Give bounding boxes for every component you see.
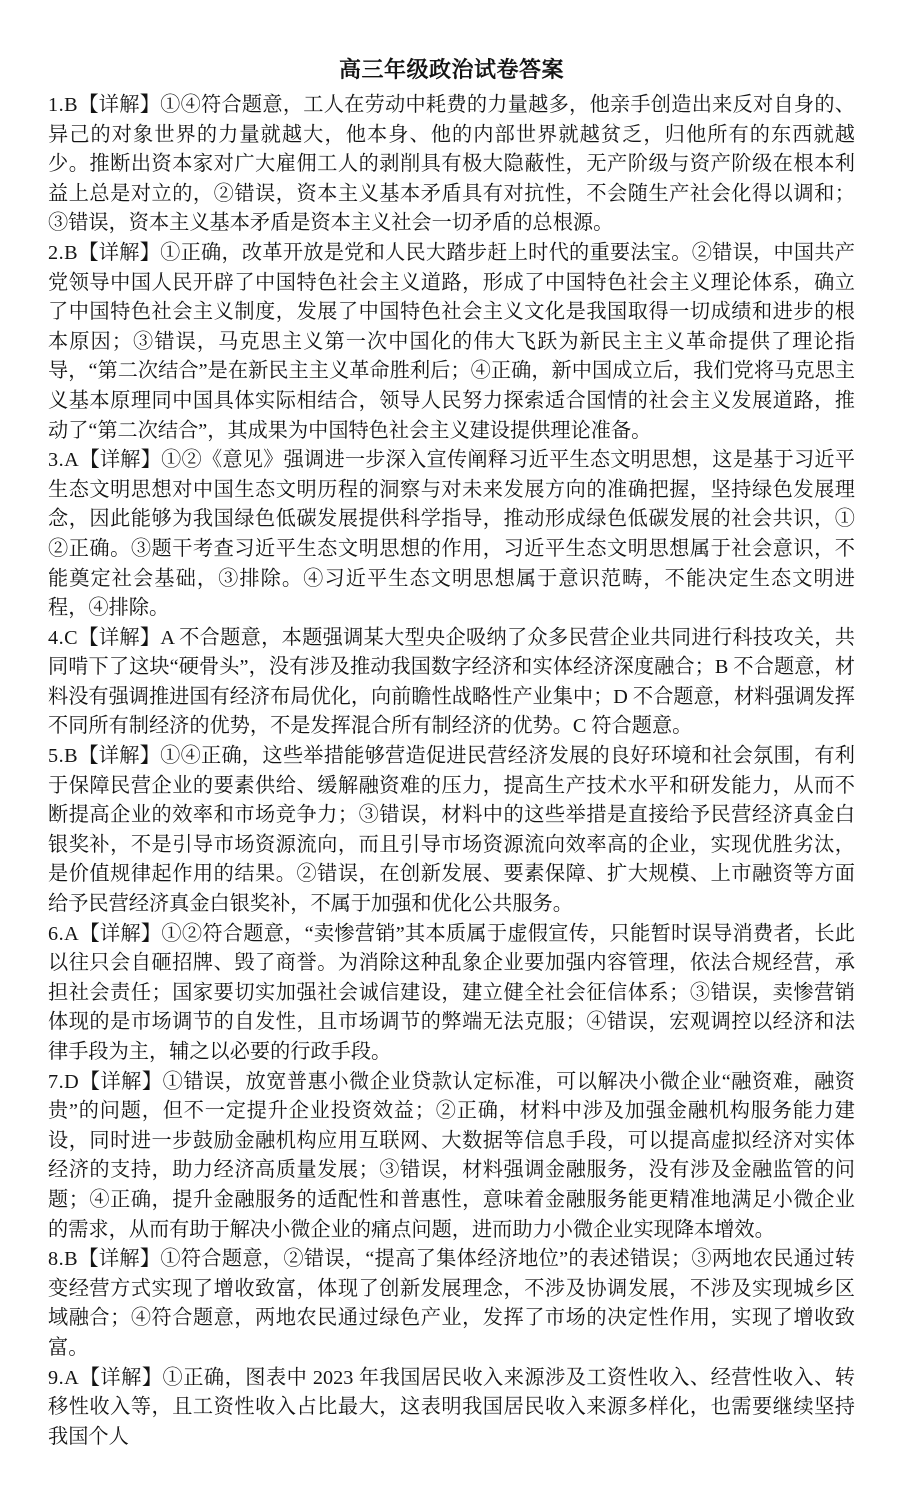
- detail-tag: 【详解】: [79, 449, 161, 471]
- page-title: 高三年级政治试卷答案: [48, 54, 855, 86]
- detail-tag: 【详解】: [79, 1071, 162, 1093]
- answer-paragraph: 3.A【详解】①②《意见》强调进一步深入宣传阐释习近平生态文明思想，这是基于习近…: [48, 446, 855, 624]
- explanation-text: A 不合题意，本题强调某大型央企吸纳了众多民营企业共同进行科技攻关，共同啃下了这…: [48, 627, 855, 738]
- question-number-and-choice: 4.C: [48, 627, 78, 649]
- explanation-text: ①符合题意，②错误，“提高了集体经济地位”的表述错误；③两地农民通过转变经营方式…: [48, 1248, 855, 1359]
- answer-paragraph: 6.A【详解】①②符合题意，“卖惨营销”其本质属于虚假宣传，只能暂时误导消费者，…: [48, 920, 855, 1068]
- answers-list: 1.B【详解】①④符合题意，工人在劳动中耗费的力量越多，他亲手创造出来反对自身的…: [48, 91, 855, 1452]
- answer-paragraph: 4.C【详解】A 不合题意，本题强调某大型央企吸纳了众多民营企业共同进行科技攻关…: [48, 624, 855, 742]
- explanation-text: ①④正确，这些举措能够营造促进民营经济发展的良好环境和社会氛围，有利于保障民营企…: [48, 745, 855, 915]
- question-number-and-choice: 7.D: [48, 1071, 79, 1093]
- explanation-text: ①错误，放宽普惠小微企业贷款认定标准，可以解决小微企业“融资难，融资贵”的问题，…: [48, 1071, 855, 1241]
- question-number-and-choice: 5.B: [48, 745, 78, 767]
- answer-paragraph: 7.D【详解】①错误，放宽普惠小微企业贷款认定标准，可以解决小微企业“融资难，融…: [48, 1068, 855, 1246]
- question-number-and-choice: 8.B: [48, 1248, 78, 1270]
- explanation-text: ①正确，改革开放是党和人民大踏步赶上时代的重要法宝。②错误，中国共产党领导中国人…: [48, 242, 855, 442]
- detail-tag: 【详解】: [78, 745, 160, 767]
- exam-answer-sheet-page: 高三年级政治试卷答案 1.B【详解】①④符合题意，工人在劳动中耗费的力量越多，他…: [0, 0, 900, 1486]
- question-number-and-choice: 3.A: [48, 449, 79, 471]
- detail-tag: 【详解】: [78, 627, 160, 649]
- detail-tag: 【详解】: [79, 1367, 162, 1389]
- explanation-text: ①正确，图表中 2023 年我国居民收入来源涉及工资性收入、经营性收入、转移性收…: [48, 1367, 855, 1448]
- answer-paragraph: 8.B【详解】①符合题意，②错误，“提高了集体经济地位”的表述错误；③两地农民通…: [48, 1245, 855, 1363]
- question-number-and-choice: 9.A: [48, 1367, 79, 1389]
- explanation-text: ①②符合题意，“卖惨营销”其本质属于虚假宣传，只能暂时误导消费者，长此以往只会自…: [48, 923, 855, 1063]
- detail-tag: 【详解】: [78, 242, 160, 264]
- question-number-and-choice: 2.B: [48, 242, 78, 264]
- answer-paragraph: 5.B【详解】①④正确，这些举措能够营造促进民营经济发展的良好环境和社会氛围，有…: [48, 742, 855, 920]
- answer-paragraph: 9.A【详解】①正确，图表中 2023 年我国居民收入来源涉及工资性收入、经营性…: [48, 1364, 855, 1453]
- answer-paragraph: 1.B【详解】①④符合题意，工人在劳动中耗费的力量越多，他亲手创造出来反对自身的…: [48, 91, 855, 239]
- answer-paragraph: 2.B【详解】①正确，改革开放是党和人民大踏步赶上时代的重要法宝。②错误，中国共…: [48, 239, 855, 446]
- question-number-and-choice: 1.B: [48, 94, 78, 116]
- detail-tag: 【详解】: [78, 94, 160, 116]
- detail-tag: 【详解】: [79, 923, 161, 945]
- explanation-text: ①④符合题意，工人在劳动中耗费的力量越多，他亲手创造出来反对自身的、异己的对象世…: [48, 94, 855, 234]
- explanation-text: ①②《意见》强调进一步深入宣传阐释习近平生态文明思想，这是基于习近平生态文明思想…: [48, 449, 855, 619]
- detail-tag: 【详解】: [78, 1248, 160, 1270]
- question-number-and-choice: 6.A: [48, 923, 79, 945]
